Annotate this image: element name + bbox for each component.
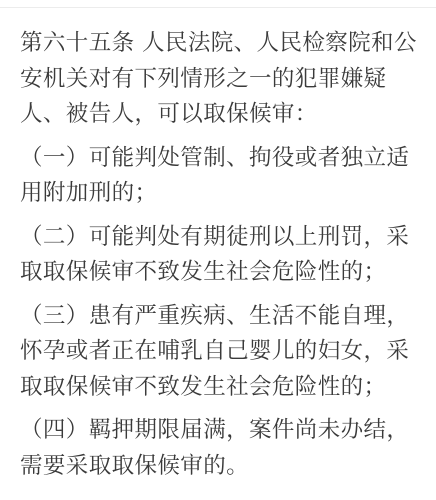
law-article: 第六十五条 人民法院、人民检察院和公安机关对有下列情形之一的犯罪嫌疑人、被告人，… (20, 26, 422, 492)
article-item-4: （四）羁押期限届满，案件尚未办结，需要采取取保候审的。 (20, 413, 422, 484)
article-item-3: （三）患有严重疾病、生活不能自理，怀孕或者正在哺乳自己婴儿的妇女，采取取保候审不… (20, 299, 422, 406)
article-intro: 第六十五条 人民法院、人民检察院和公安机关对有下列情形之一的犯罪嫌疑人、被告人，… (20, 26, 422, 133)
article-item-1: （一）可能判处管制、拘役或者独立适用附加刑的； (20, 141, 422, 212)
article-item-2: （二）可能判处有期徒刑以上刑罚，采取取保候审不致发生社会危险性的； (20, 220, 422, 291)
top-divider (0, 7, 436, 8)
